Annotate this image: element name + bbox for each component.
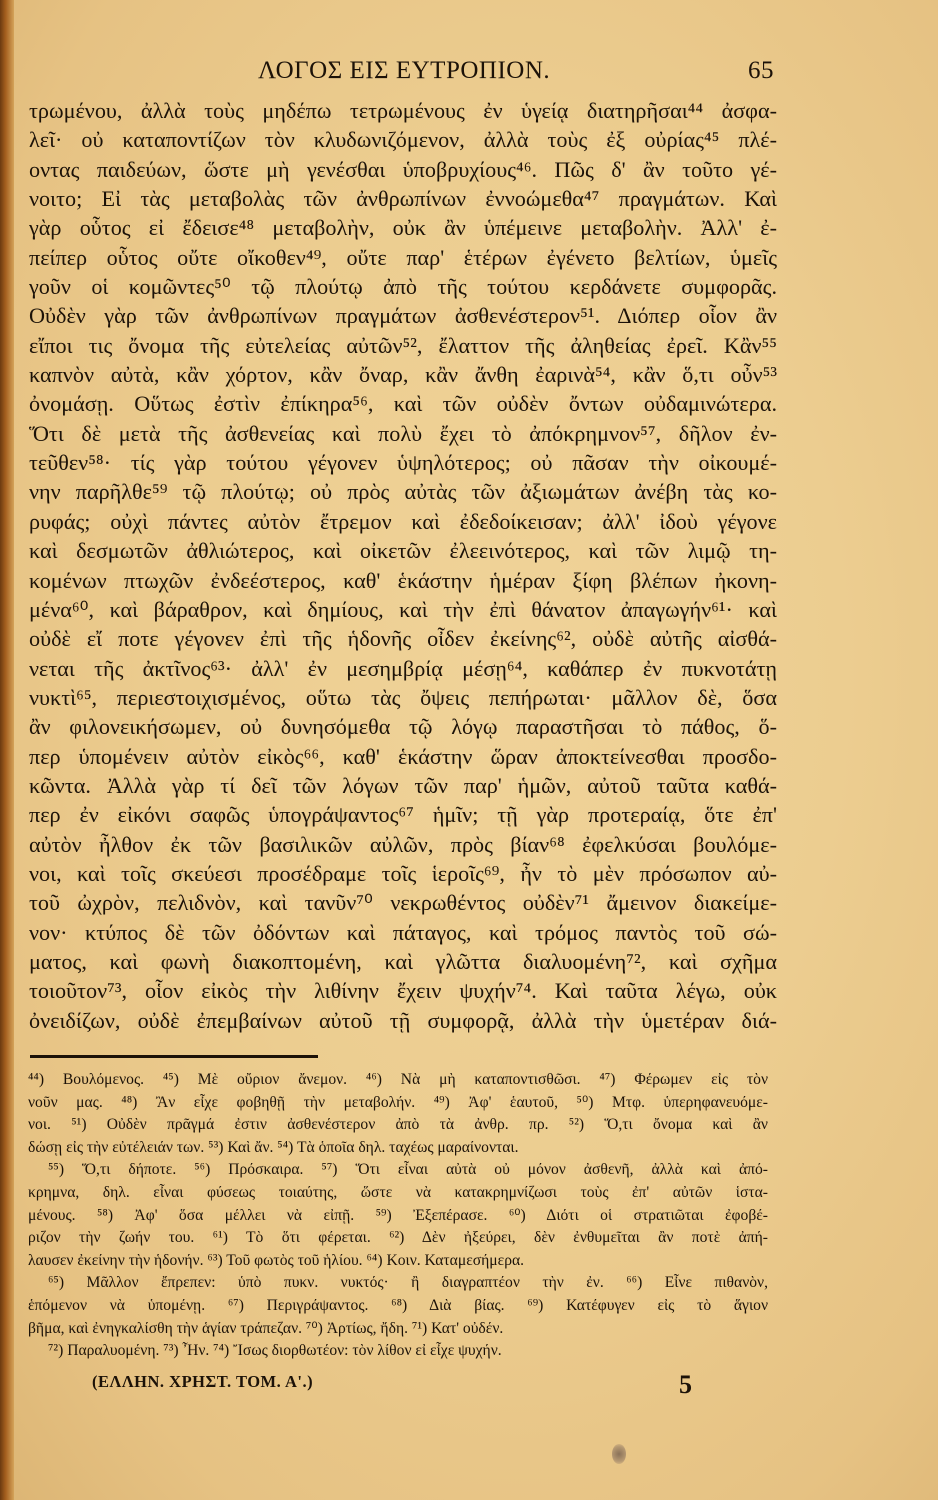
footnote-line: ἑπόμενον νὰ ὑπομένῃ. ⁶⁷) Περιγράψαντος. … [28, 1295, 768, 1318]
text-line: νεται τῆς ἀκτῖνος⁶³· ἀλλ' ἐν μεσημβρίᾳ μ… [29, 654, 777, 683]
footnote-line: νοῦν μας. ⁴⁸) Ἂν εἶχε φοβηθῇ τὴν μεταβολ… [28, 1092, 768, 1115]
text-line: ρυφάς; οὐχὶ πάντες αὐτὸν ἔτρεμον καὶ ἐδε… [29, 507, 777, 536]
text-line: πείπερ οὗτος οὔτε οἴκοθεν⁴⁹, οὔτε παρ' ἑ… [29, 243, 777, 272]
text-line: Οὐδὲν γὰρ τῶν ἀνθρωπίνων πραγμάτων ἀσθεν… [29, 301, 777, 330]
text-line: ματος, καὶ φωνὴ διακοπτομένη, καὶ γλῶττα… [29, 947, 777, 976]
footnote-line: μένους. ⁵⁸) Ἀφ' ὅσα μέλλει νὰ εἰπῇ. ⁵⁹) … [28, 1205, 768, 1228]
footnote-line: δώσῃ εἰς τὴν εὐτέλειάν των. ⁵³) Καὶ ἄν. … [28, 1137, 768, 1160]
text-line: καὶ δεσμωτῶν ἀθλιώτερος, καὶ οἰκετῶν ἐλε… [29, 536, 777, 565]
text-line: ὀνειδίζων, οὐδὲ ἐπεμβαίνων αὐτοῦ τῇ συμφ… [29, 1006, 777, 1035]
footnote-line: κρημνα, δηλ. εἶναι φύσεως τοιαύτης, ὥστε… [28, 1182, 768, 1205]
signature-line: (ΕΛΛΗΝ. ΧΡΗΣΤ. ΤΟΜ. Α'.) [92, 1372, 313, 1392]
text-line: ὀνομάσῃ. Οὕτως ἐστὶν ἐπίκηρα⁵⁶, καὶ τῶν … [29, 389, 777, 418]
text-line: λεῖ· οὐ καταποντίζων τὸν κλυδωνιζόμενον,… [29, 125, 777, 154]
text-line: τρωμένου, ἀλλὰ τοὺς μηδέπω τετρωμένους ἐ… [29, 96, 777, 125]
footnote-line: ⁷²) Παραλυομένη. ⁷³) Ἦν. ⁷⁴) Ἴσως διορθω… [28, 1340, 768, 1363]
text-line: γὰρ οὗτος εἰ ἔδεισε⁴⁸ μεταβολὴν, οὐκ ἂν … [29, 213, 777, 242]
text-line: κομένων πτωχῶν ἐνδεέστερος, καθ' ἑκάστην… [29, 566, 777, 595]
book-page: ΛΟΓΟΣ ΕΙΣ ΕΥΤΡΟΠΙΟΝ. 65 τρωμένου, ἀλλὰ τ… [0, 0, 938, 1500]
sheet-mark: 5 [679, 1370, 692, 1400]
text-line: περ ὑπομένειν αὐτὸν εἰκὸς⁶⁶, καθ' ἑκάστη… [29, 742, 777, 771]
text-line: τοιοῦτον⁷³, οἷον εἰκὸς τὴν λιθίνην ἔχειν… [29, 976, 777, 1005]
footnote-line: ⁴⁴) Βουλόμενος. ⁴⁵) Μὲ οὔριον ἄνεμον. ⁴⁶… [28, 1069, 768, 1092]
text-line: νυκτὶ⁶⁵, περιεστοιχισμένος, οὕτω τὰς ὄψε… [29, 683, 777, 712]
footnote-line: ⁶⁵) Μᾶλλον ἔπρεπεν: ὑπὸ πυκν. νυκτός· ἢ … [28, 1272, 768, 1295]
text-line: οὐδὲ εἴ ποτε γέγονεν ἐπὶ τῆς ἡδονῆς οἶδε… [29, 624, 777, 653]
text-line: ἂν φιλονεικήσωμεν, οὐ δυνησόμεθα τῷ λόγῳ… [29, 712, 777, 741]
text-line: αὐτὸν ἦλθον ἐκ τῶν βασιλικῶν αὐλῶν, πρὸς… [29, 830, 777, 859]
main-text: τρωμένου, ἀλλὰ τοὺς μηδέπω τετρωμένους ἐ… [29, 96, 777, 1035]
text-line: περ ἐν εἰκόνι σαφῶς ὑπογράψαντος⁶⁷ ἡμῖν;… [29, 800, 777, 829]
running-header: ΛΟΓΟΣ ΕΙΣ ΕΥΤΡΟΠΙΟΝ. 65 [258, 57, 774, 87]
text-line: κῶντα. Ἀλλὰ γὰρ τί δεῖ τῶν λόγων τῶν παρ… [29, 771, 777, 800]
text-line: νοι, καὶ τοῖς σκεύεσι προσέδραμε τοῖς ἱε… [29, 859, 777, 888]
binding-edge [0, 0, 14, 1500]
footnote-line: βῆμα, καὶ ἐνηγκαλίσθη τὴν ἁγίαν τράπεζαν… [28, 1318, 768, 1341]
footnote-line: νοι. ⁵¹) Οὐδὲν πρᾶγμά ἐστιν ἀσθενέστερον… [28, 1114, 768, 1137]
text-line: καπνὸν αὐτὰ, κἂν χόρτον, κἂν ὄναρ, κἂν ἄ… [29, 360, 777, 389]
running-title: ΛΟΓΟΣ ΕΙΣ ΕΥΤΡΟΠΙΟΝ. [258, 57, 550, 85]
footnote-line: λαυσεν ἐκείνην τὴν ἡδονήν. ⁶³) Τοῦ φωτὸς… [28, 1250, 768, 1273]
text-line: γοῦν οἱ κομῶντες⁵⁰ τῷ πλούτῳ ἀπὸ τῆς τού… [29, 272, 777, 301]
paper-stain [612, 1444, 626, 1464]
text-line: νοιτο; Εἰ τὰς μεταβολὰς τῶν ἀνθρωπίνων ἐ… [29, 184, 777, 213]
text-line: νον· κτύπος δὲ τῶν ὀδόντων καὶ πάταγος, … [29, 918, 777, 947]
text-line: μένα⁶⁰, καὶ βάραθρον, καὶ δημίους, καὶ τ… [29, 595, 777, 624]
footnotes: ⁴⁴) Βουλόμενος. ⁴⁵) Μὲ οὔριον ἄνεμον. ⁴⁶… [28, 1069, 768, 1363]
text-line: νην παρῆλθε⁵⁹ τῷ πλούτῳ; οὐ πρὸς αὐτὰς τ… [29, 477, 777, 506]
footnote-rule [30, 1055, 318, 1058]
text-line: οντας παιδεύων, ὥστε μὴ γενέσθαι ὑποβρυχ… [29, 155, 777, 184]
text-line: Ὅτι δὲ μετὰ τῆς ἀσθενείας καὶ πολὺ ἔχει … [29, 419, 777, 448]
text-line: εἴποι τις ὄνομα τῆς εὐτελείας αὐτῶν⁵², ἔ… [29, 331, 777, 360]
footnote-line: ριζον τὴν ζωήν του. ⁶¹) Τὸ ὅτι φέρεται. … [28, 1227, 768, 1250]
text-line: τοῦ ὠχρὸν, πελιδνὸν, καὶ τανῦν⁷⁰ νεκρωθέ… [29, 888, 777, 917]
page-number: 65 [748, 57, 774, 85]
footnote-line: ⁵⁵) Ὅ,τι δήποτε. ⁵⁶) Πρόσκαιρα. ⁵⁷) Ὅτι … [28, 1159, 768, 1182]
text-line: τεῦθεν⁵⁸· τίς γὰρ τούτου γέγονεν ὑψηλότε… [29, 448, 777, 477]
